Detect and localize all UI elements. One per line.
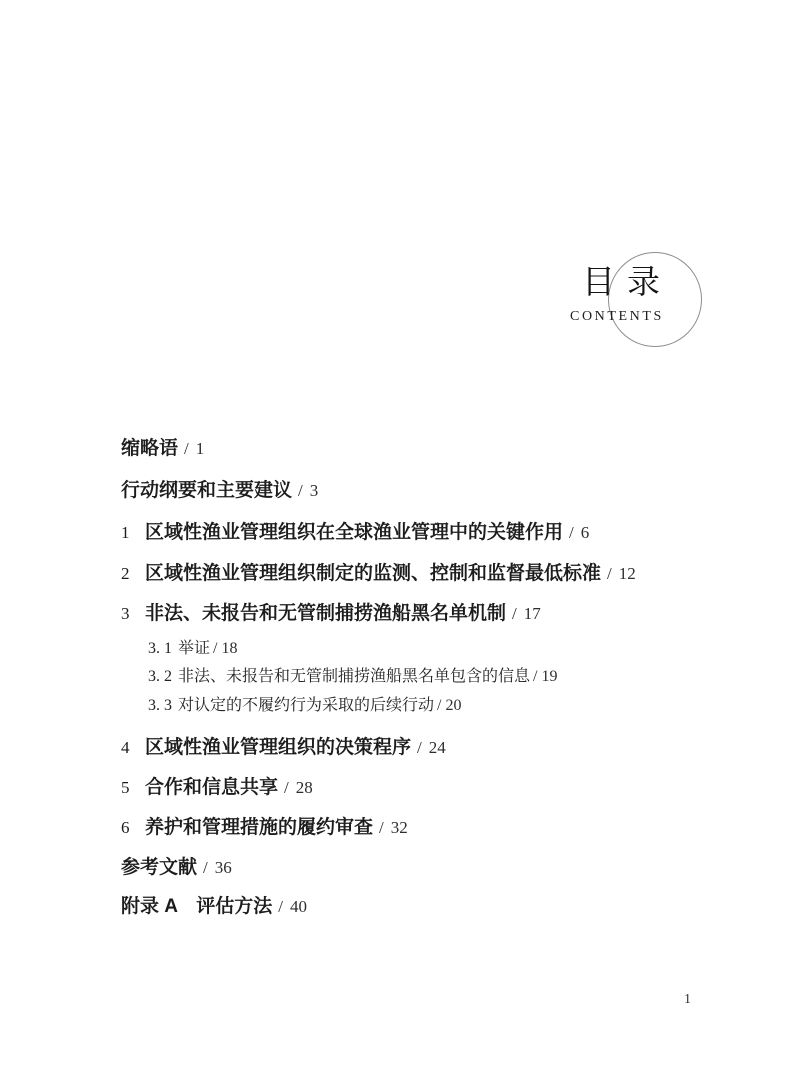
- toc-entry-number: 3. 3: [148, 697, 178, 715]
- toc-entry-title: 对认定的不履约行为采取的后续行动: [178, 697, 434, 714]
- toc-entry-number: 1: [121, 523, 145, 543]
- toc-page-number: 19: [541, 668, 557, 685]
- toc-page-number: 20: [445, 697, 461, 714]
- toc-separator: /: [530, 668, 541, 685]
- toc-entry-chapter-3: 3非法、未报告和无管制捕捞渔船黑名单机制/17: [121, 603, 541, 625]
- toc-entry-number: 3. 2: [148, 668, 178, 686]
- toc-entry-title: 参考文献: [121, 857, 197, 878]
- toc-page-number: 36: [215, 858, 232, 877]
- toc-entry-title: 附录 A 评估方法: [121, 896, 272, 917]
- toc-entry-title: 非法、未报告和无管制捕捞渔船黑名单机制: [145, 603, 506, 624]
- toc-entry-section-3-1: 3. 1举证/18: [148, 640, 237, 658]
- toc-entry-number: 6: [121, 818, 145, 838]
- contents-subtitle-en: CONTENTS: [570, 309, 664, 325]
- toc-page-number: 40: [290, 897, 307, 916]
- toc-page-number: 18: [221, 640, 237, 657]
- toc-entry-number: 2: [121, 564, 145, 584]
- toc-entry-chapter-1: 1区域性渔业管理组织在全球渔业管理中的关键作用/6: [121, 522, 589, 544]
- toc-entry-chapter-5: 5合作和信息共享/28: [121, 777, 313, 799]
- toc-entry-references: 参考文献/36: [121, 857, 232, 879]
- toc-entry-title: 行动纲要和主要建议: [121, 480, 292, 501]
- toc-page-number: 24: [429, 738, 446, 757]
- toc-separator: /: [373, 818, 391, 837]
- toc-entry-number: 3: [121, 604, 145, 624]
- toc-page-number: 17: [524, 604, 541, 623]
- toc-entry-title: 举证: [178, 640, 210, 657]
- toc-entry-action-plan-recommendations: 行动纲要和主要建议/3: [121, 480, 318, 502]
- document-page: 目录 CONTENTS 缩略语/1 行动纲要和主要建议/3 1区域性渔业管理组织…: [0, 0, 799, 1073]
- toc-page-number: 6: [581, 523, 590, 542]
- toc-page-number: 1: [196, 439, 205, 458]
- toc-entry-appendix-a: 附录 A 评估方法/40: [121, 896, 307, 918]
- toc-page-number: 3: [310, 481, 319, 500]
- toc-entry-number: 5: [121, 778, 145, 798]
- toc-page-number: 12: [619, 564, 636, 583]
- toc-separator: /: [278, 778, 296, 797]
- toc-entry-title: 区域性渔业管理组织制定的监测、控制和监督最低标准: [145, 563, 601, 584]
- toc-separator: /: [197, 858, 215, 877]
- contents-title-cjk: 目录: [582, 264, 672, 304]
- toc-entry-section-3-3: 3. 3对认定的不履约行为采取的后续行动/20: [148, 697, 461, 715]
- toc-separator: /: [563, 523, 581, 542]
- toc-page-number: 28: [296, 778, 313, 797]
- toc-separator: /: [434, 697, 445, 714]
- toc-entry-title: 区域性渔业管理组织在全球渔业管理中的关键作用: [145, 522, 563, 543]
- toc-entry-section-3-2: 3. 2非法、未报告和无管制捕捞渔船黑名单包含的信息/19: [148, 668, 557, 686]
- toc-entry-chapter-4: 4区域性渔业管理组织的决策程序/24: [121, 737, 446, 759]
- toc-entry-title: 养护和管理措施的履约审查: [145, 817, 373, 838]
- toc-entry-chapter-6: 6养护和管理措施的履约审查/32: [121, 817, 408, 839]
- toc-entry-title: 非法、未报告和无管制捕捞渔船黑名单包含的信息: [178, 668, 530, 685]
- toc-page-number: 32: [391, 818, 408, 837]
- toc-separator: /: [272, 897, 290, 916]
- toc-separator: /: [178, 439, 196, 458]
- toc-separator: /: [506, 604, 524, 623]
- toc-separator: /: [601, 564, 619, 583]
- toc-entry-number: 4: [121, 738, 145, 758]
- toc-entry-title: 缩略语: [121, 438, 178, 459]
- toc-entry-title: 合作和信息共享: [145, 777, 278, 798]
- toc-entry-abbreviations: 缩略语/1: [121, 438, 204, 460]
- toc-entry-title: 区域性渔业管理组织的决策程序: [145, 737, 411, 758]
- toc-separator: /: [411, 738, 429, 757]
- toc-entry-chapter-2: 2区域性渔业管理组织制定的监测、控制和监督最低标准/12: [121, 563, 636, 585]
- toc-separator: /: [292, 481, 310, 500]
- toc-entry-number: 3. 1: [148, 640, 178, 658]
- page-number: 1: [684, 992, 691, 1008]
- toc-separator: /: [210, 640, 221, 657]
